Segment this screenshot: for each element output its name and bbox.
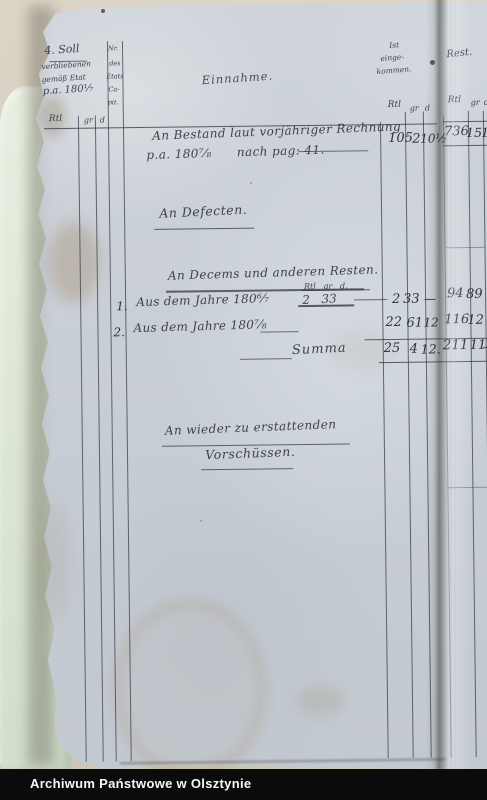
column-rule bbox=[95, 116, 104, 762]
underline bbox=[201, 468, 293, 470]
unit-header-gr: gr bbox=[84, 117, 93, 125]
page-bottom-edge bbox=[120, 758, 446, 764]
unit-header-d: d bbox=[100, 116, 105, 124]
column-rule bbox=[107, 41, 117, 761]
item-eingekommen-gr: 33 bbox=[403, 293, 420, 307]
col-eingekommen-line1: Ist bbox=[389, 41, 399, 50]
item-desc: Aus dem Jahre 180⁷⁄₈ bbox=[133, 318, 267, 335]
summa-eingekommen-rtl: 25 bbox=[384, 342, 401, 356]
etat-col-line1: Nr. bbox=[108, 45, 118, 52]
summa-label: Summa bbox=[292, 342, 347, 358]
item-desc: Aus dem Jahre 180⁶⁄₇ bbox=[136, 292, 270, 309]
summa-flourish bbox=[240, 358, 292, 360]
col-eingekommen-line3: kommen. bbox=[376, 65, 411, 76]
column-rule bbox=[78, 116, 87, 762]
summa-eingekommen-gr: 4 bbox=[410, 343, 418, 357]
struck-unit-header: Rtl gr d. bbox=[304, 282, 348, 291]
corner-note-line1: 4. Soll bbox=[44, 43, 80, 57]
unit-header-rtl: Rtl bbox=[49, 115, 62, 125]
column-rule bbox=[405, 112, 414, 758]
page-title: Einnahme. bbox=[201, 70, 273, 87]
unit-header-rtl: Rtl bbox=[388, 101, 401, 111]
column-rule bbox=[380, 122, 389, 758]
section-heading-vorschuesse-line2: Vorschüssen. bbox=[205, 445, 296, 462]
section-heading-vorschuesse-line1: An wieder zu erstattenden bbox=[165, 418, 337, 437]
archive-watermark-text: Archiwum Państwowe w Olsztynie bbox=[0, 769, 487, 799]
right-page-highlight bbox=[452, 0, 487, 770]
bestand-desc-line2: p.a. 180⁷⁄₈ nach pag: 41. bbox=[146, 144, 325, 162]
underline bbox=[154, 228, 254, 230]
col-eingekommen-line2: einge- bbox=[380, 53, 404, 63]
etat-col-line2: des bbox=[109, 60, 120, 67]
corner-note-line3: gemäß Etat bbox=[41, 73, 86, 84]
unit-header-gr: gr bbox=[410, 105, 419, 113]
item-eingekommen-rtl: 2 bbox=[392, 293, 400, 307]
bestand-desc-line1: An Bestand laut vorjähriger Rechnung bbox=[152, 120, 401, 142]
item-eingekommen-gr: 61 bbox=[406, 317, 423, 331]
item-number: 2. bbox=[113, 326, 125, 339]
archive-watermark-bar: Archiwum Państwowe w Olsztynie bbox=[0, 769, 487, 800]
section-heading-defecten: An Defecten. bbox=[159, 203, 247, 220]
item-eingekommen-rtl: 22 bbox=[385, 316, 402, 330]
ruled-table-and-handwriting: 4. Soll verbliebenen gemäß Etat p.a. 180… bbox=[0, 0, 487, 800]
bestand-eingekommen-rtl: 105 bbox=[388, 132, 413, 146]
scanned-ledger-document: 4. Soll verbliebenen gemäß Etat p.a. 180… bbox=[0, 0, 487, 800]
corner-note-line4: p.a. 180¹⁄₇ bbox=[43, 84, 94, 98]
section-heading-decems: An Decems und anderen Resten. bbox=[168, 263, 379, 282]
etat-col-line5: pit. bbox=[108, 99, 119, 106]
struck-value: 2 33 bbox=[302, 292, 337, 306]
column-rule bbox=[122, 41, 132, 761]
corner-note-line2: verbliebenen bbox=[41, 60, 91, 71]
item-number: 1. bbox=[116, 300, 128, 313]
etat-col-line3: Etats bbox=[106, 73, 123, 80]
dash-stroke bbox=[261, 331, 299, 332]
etat-col-line4: Ca- bbox=[108, 86, 119, 93]
